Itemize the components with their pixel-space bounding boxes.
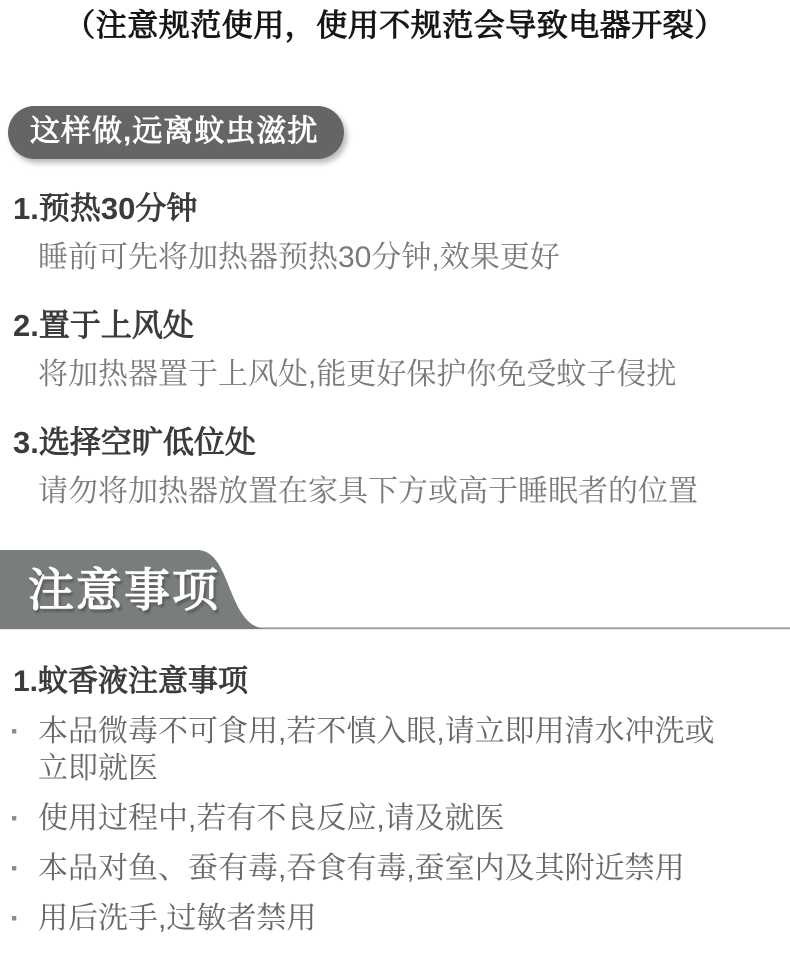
notice-bullet-item: · 使用过程中,若有不良反应,请及就医 [10, 800, 744, 837]
tips-badge: 这样做,远离蚊虫滋扰 [8, 106, 344, 159]
notice-section: 1.蚊香液注意事项 · 本品微毒不可食用,若不慎入眼,请立即用清水冲洗或立即就医… [0, 663, 790, 937]
notice-bullet-text: 本品对鱼、蚕有毒,吞食有毒,蚕室内及其附近禁用 [38, 850, 744, 887]
notice-bullet-item: · 用后洗手,过敏者禁用 [10, 900, 744, 937]
tip-description: 将加热器置于上风处,能更好保护你免受蚊子侵扰 [38, 357, 750, 393]
bullet-dot-icon: · [10, 850, 38, 887]
notice-bullet-text: 使用过程中,若有不良反应,请及就医 [38, 800, 744, 837]
tips-section: 这样做,远离蚊虫滋扰 1.预热30分钟 睡前可先将加热器预热30分钟,效果更好 … [0, 44, 790, 510]
tip-description: 睡前可先将加热器预热30分钟,效果更好 [38, 240, 750, 276]
tip-item: 3.选择空旷低位处 请勿将加热器放置在家具下方或高于睡眠者的位置 [13, 424, 750, 510]
bullet-dot-icon: · [10, 800, 38, 837]
notice-bullet-text: 用后洗手,过敏者禁用 [38, 900, 744, 937]
notice-banner: 注意事项 [0, 550, 790, 630]
tip-title: 2.置于上风处 [13, 307, 750, 344]
tip-title: 3.选择空旷低位处 [13, 424, 750, 461]
notice-subtitle: 1.蚊香液注意事项 [13, 663, 790, 700]
tip-description: 请勿将加热器放置在家具下方或高于睡眠者的位置 [38, 474, 750, 510]
tip-item: 1.预热30分钟 睡前可先将加热器预热30分钟,效果更好 [13, 190, 750, 276]
tip-item: 2.置于上风处 将加热器置于上风处,能更好保护你免受蚊子侵扰 [13, 307, 750, 393]
notice-bullet-item: · 本品微毒不可食用,若不慎入眼,请立即用清水冲洗或立即就医 [10, 713, 744, 787]
bullet-dot-icon: · [10, 900, 38, 937]
notice-bullet-list: · 本品微毒不可食用,若不慎入眼,请立即用清水冲洗或立即就医 · 使用过程中,若… [0, 713, 790, 937]
bullet-dot-icon: · [10, 713, 38, 787]
tip-title: 1.预热30分钟 [13, 190, 750, 227]
notice-bullet-item: · 本品对鱼、蚕有毒,吞食有毒,蚕室内及其附近禁用 [10, 850, 744, 887]
tips-list: 1.预热30分钟 睡前可先将加热器预热30分钟,效果更好 2.置于上风处 将加热… [0, 190, 790, 510]
usage-warning-headline: （注意规范使用，使用不规范会导致电器开裂） [0, 0, 790, 44]
notice-bullet-text: 本品微毒不可食用,若不慎入眼,请立即用清水冲洗或立即就医 [38, 713, 744, 787]
notice-banner-title: 注意事项 [28, 554, 220, 620]
